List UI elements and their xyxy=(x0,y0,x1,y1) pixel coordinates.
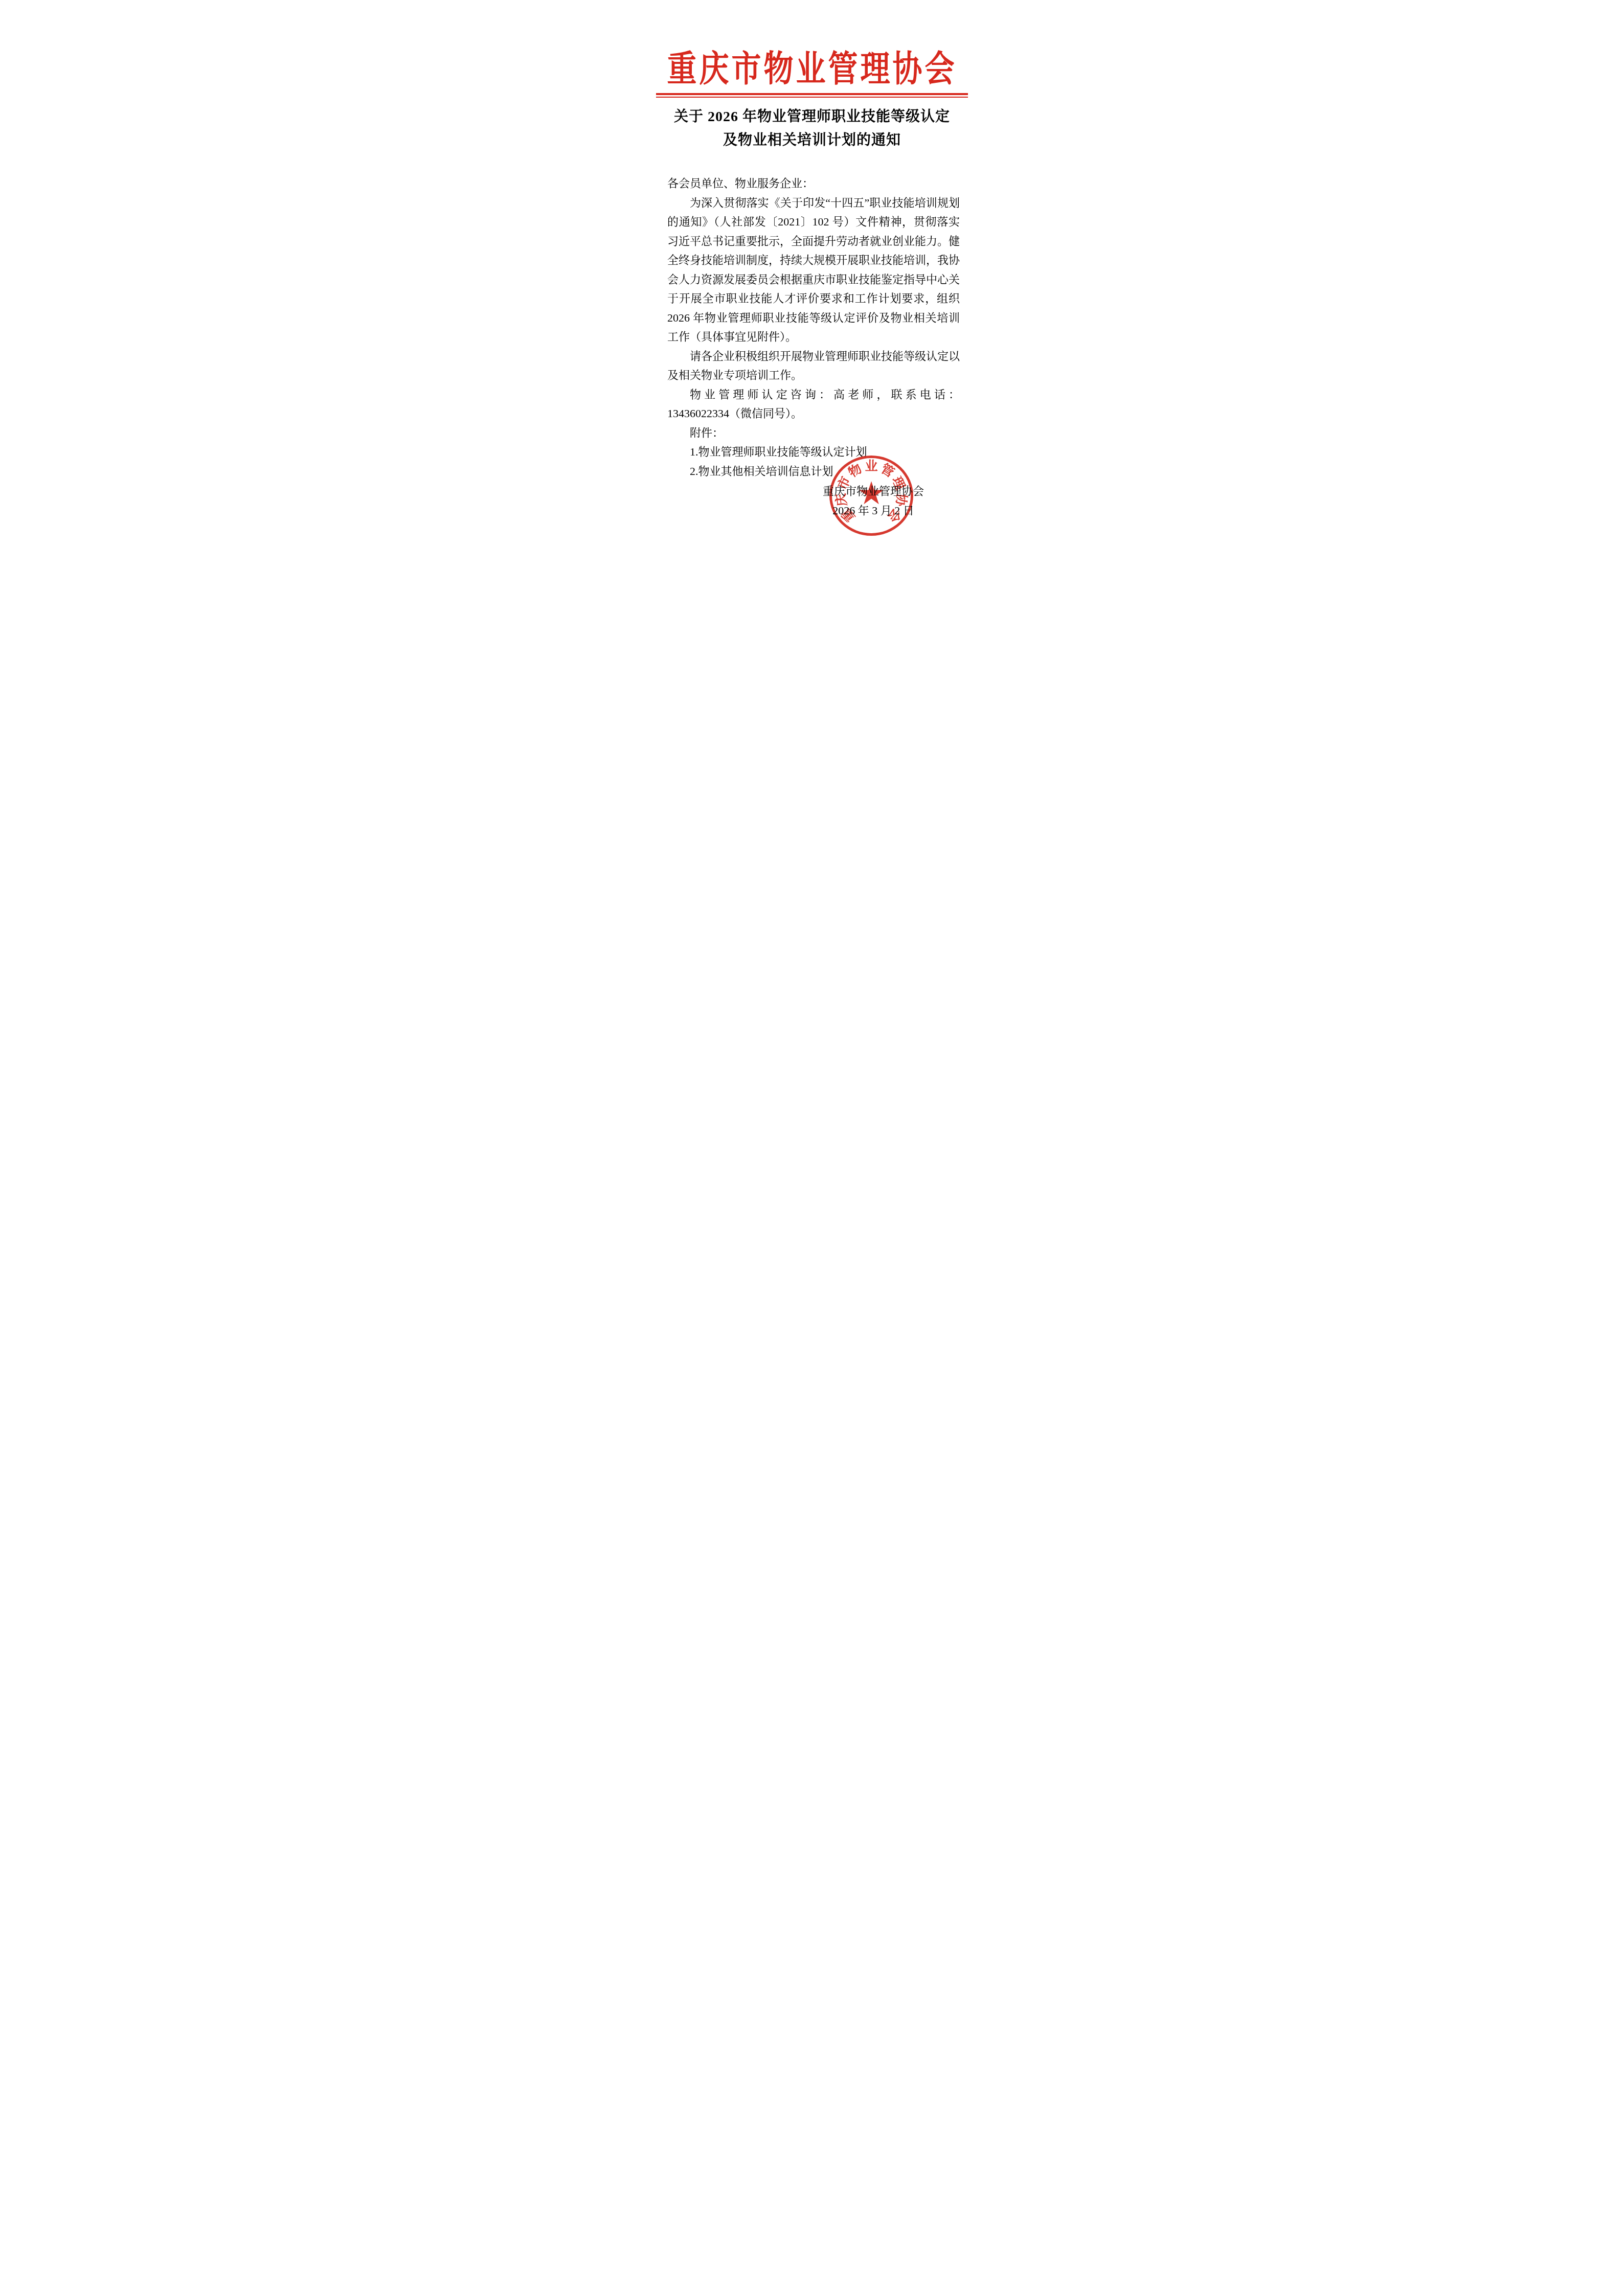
attachment-item-2: 2.物业其他相关培训信息计划 xyxy=(667,462,960,481)
attachment-item-1: 1.物业管理师职业技能等级认定计划 xyxy=(667,442,960,462)
attachments-label: 附件： xyxy=(667,423,960,443)
paragraph-request: 请各企业积极组织开展物业管理师职业技能等级认定以及相关物业专项培训工作。 xyxy=(667,347,960,385)
document-title-line-2: 及物业相关培训计划的通知 xyxy=(635,129,989,152)
signature-org: 重庆市物业管理协会 xyxy=(794,482,953,501)
document-body: 各会员单位、物业服务企业： 为深入贯彻落实《关于印发“十四五”职业技能培训规划的… xyxy=(667,174,960,481)
signature-block: 重庆市物业管理协会 2026 年 3 月 2 日 xyxy=(794,482,953,520)
paragraph-contact: 物业管理师认定咨询：高老师，联系电话：13436022334（微信同号）。 xyxy=(667,385,960,423)
document-title: 关于 2026 年物业管理师职业技能等级认定 及物业相关培训计划的通知 xyxy=(635,105,989,152)
document-page: 重庆市物业管理协会 关于 2026 年物业管理师职业技能等级认定 及物业相关培训… xyxy=(609,0,1015,574)
paragraph-policy: 为深入贯彻落实《关于印发“十四五”职业技能培训规划的通知》（人社部发〔2021〕… xyxy=(667,193,960,347)
stamp-rim-char: 业 xyxy=(865,460,877,472)
letterhead-rule-thick xyxy=(656,93,968,95)
salutation: 各会员单位、物业服务企业： xyxy=(667,174,960,193)
signature-date: 2026 年 3 月 2 日 xyxy=(794,501,953,520)
letterhead-org-name: 重庆市物业管理协会 xyxy=(609,51,1015,87)
letterhead-rule-thin xyxy=(656,97,968,98)
document-title-line-1: 关于 2026 年物业管理师职业技能等级认定 xyxy=(635,105,989,129)
